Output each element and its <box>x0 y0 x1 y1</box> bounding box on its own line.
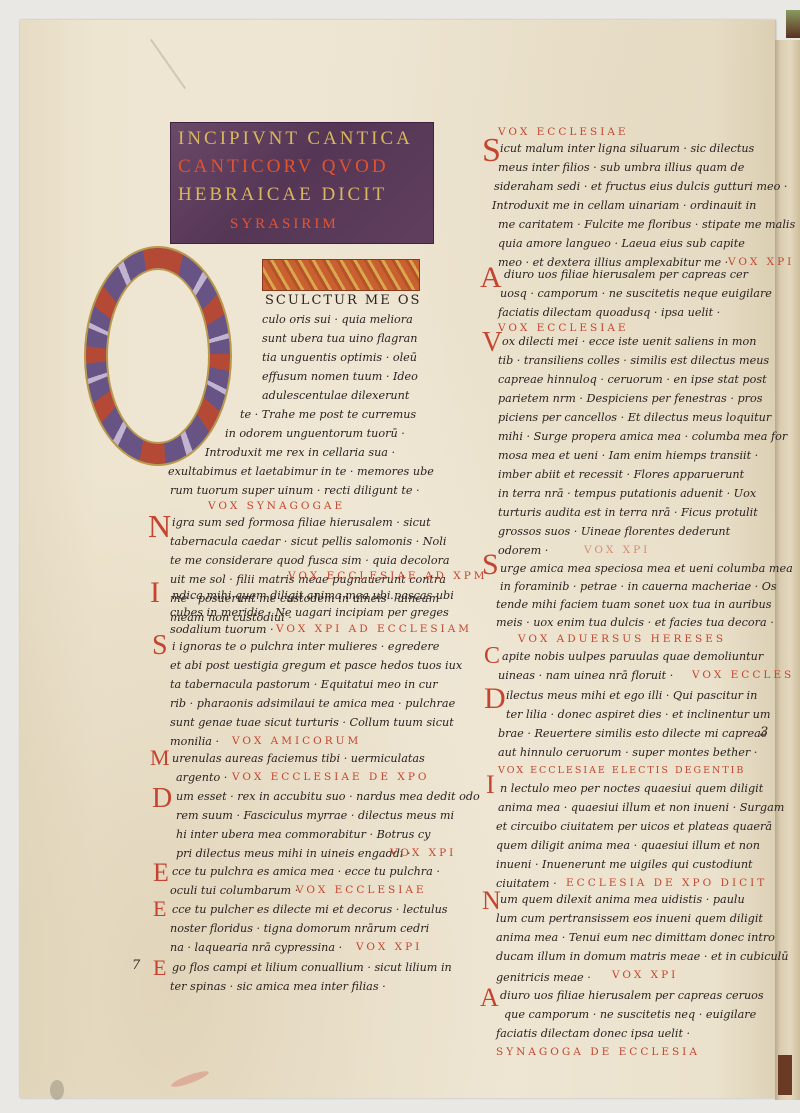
rubric: VOX ECCLESIAE <box>498 126 629 138</box>
text-line: n lectulo meo per noctes quaesiui quem d… <box>500 782 763 795</box>
initial-d: D <box>484 682 506 716</box>
rubric: VOX ECCLESIAE ELECTIS DEGENTIB <box>498 765 745 776</box>
rubric: ECCLESIA DE XPO DICIT <box>566 877 767 889</box>
text-line: mihi · Surge propera amica mea · columba… <box>498 430 787 443</box>
text-line: diuro uos filiae hierusalem per capreas … <box>500 989 764 1002</box>
rubric: VOX XPI <box>728 256 794 268</box>
text-line: lum cum pertransissem eos inueni quem di… <box>496 912 763 925</box>
rubric: VOX ECCLESIAE <box>498 322 629 334</box>
text-line: Introduxit me in cellam uinariam · ordin… <box>492 199 756 212</box>
text-line: icut malum inter ligna siluarum · sic di… <box>500 142 754 155</box>
text-line: capreae hinnuloq · ceruorum · en ipse st… <box>498 373 767 386</box>
rubric: VOX ADUERSUS HERESES <box>518 633 726 645</box>
text-line: ter lilia · donec aspiret dies · et incl… <box>506 708 771 721</box>
text-line: brae · Reuertere similis esto dilecte mi… <box>498 727 767 740</box>
text-line: ciuitatem · <box>496 877 557 890</box>
text-line: um quem dilexit anima mea uidistis · pau… <box>500 893 745 906</box>
text-line: anima mea · Tenui eum nec dimittam donec… <box>496 931 775 944</box>
text-line: in terra nrā · tempus putationis aduenit… <box>498 487 756 500</box>
text-line: anima mea · quaesiui illum et non inueni… <box>498 801 784 814</box>
text-line: meus inter filios · sub umbra illius qua… <box>498 161 744 174</box>
text-line: ox dilecti mei · ecce iste uenit saliens… <box>502 335 756 348</box>
text-line: meis · uox enim tua dulcis · et facies t… <box>496 616 774 629</box>
text-line: sideraham sedi · et fructus eius dulcis … <box>494 180 787 193</box>
text-line: aut hinnulo ceruorum · super montes beth… <box>498 746 757 759</box>
text-line: inueni · Inuenerunt me uigiles qui custo… <box>496 858 753 871</box>
text-line: quia amore langueo · Laeua eius sub capi… <box>498 237 745 250</box>
text-line: parietem nrm · Despiciens per fenestras … <box>498 392 762 405</box>
text-line: faciatis dilectam quoadusq · ipsa uelit … <box>498 306 720 319</box>
initial-a: A <box>480 261 502 295</box>
text-line: imber abiit et recessit · Flores apparue… <box>498 468 744 481</box>
initial-a: A <box>480 983 499 1013</box>
text-line: tib · transiliens colles · similis est d… <box>498 354 769 367</box>
right-column: VOX ECCLESIAE S icut malum inter ligna s… <box>0 0 800 1113</box>
text-line: urge amica mea speciosa mea et ueni colu… <box>500 562 793 575</box>
text-line: ducam illum in domum matris meae · et in… <box>496 950 788 963</box>
text-line: grossos suos · Uineae florentes dederunt <box>498 525 730 538</box>
text-line: et circuibo ciuitatem per uicos et plate… <box>496 820 772 833</box>
text-line: diuro uos filiae hierusalem per capreas … <box>504 268 748 281</box>
initial-c: C <box>484 643 500 670</box>
text-line: me caritatem · Fulcite me floribus · sti… <box>498 218 795 231</box>
text-line: piciens per cancellos · Et dilectus meus… <box>498 411 771 424</box>
text-line: uineas · nam uinea nrā floruit · <box>498 669 673 682</box>
text-line: genitricis meae · <box>496 971 591 984</box>
text-line: faciatis dilectam donec ipsa uelit · <box>496 1027 690 1040</box>
text-line: apite nobis uulpes paruulas quae demoliu… <box>502 650 763 663</box>
text-line: ilectus meus mihi et ego illi · Qui pasc… <box>506 689 757 702</box>
text-line: que camporum · ne suscitetis neq · euigi… <box>504 1008 756 1021</box>
text-line: quem diligit anima mea · quaesiui illum … <box>496 839 760 852</box>
text-line: in foraminib · petrae · in cauerna mache… <box>500 580 777 593</box>
text-line: odorem · <box>498 544 548 557</box>
text-line: tende mihi faciem tuam sonet uox tua in … <box>496 598 772 611</box>
initial-i: I <box>486 770 495 800</box>
margin-note-mark: 3 <box>760 725 768 740</box>
rubric: VOX XPI <box>612 969 678 981</box>
text-line: turturis audita est in terra nrā · Ficus… <box>498 506 758 519</box>
rubric: VOX ECCLES <box>692 669 794 681</box>
rubric: VOX XPI <box>584 544 650 556</box>
initial-s: S <box>482 548 499 582</box>
text-line: mosa mea et ueni · Iam enim hiemps trans… <box>498 449 758 462</box>
text-line: uosq · camporum · ne suscitetis neque eu… <box>500 287 772 300</box>
rubric: SYNAGOGA DE ECCLESIA <box>496 1046 700 1058</box>
